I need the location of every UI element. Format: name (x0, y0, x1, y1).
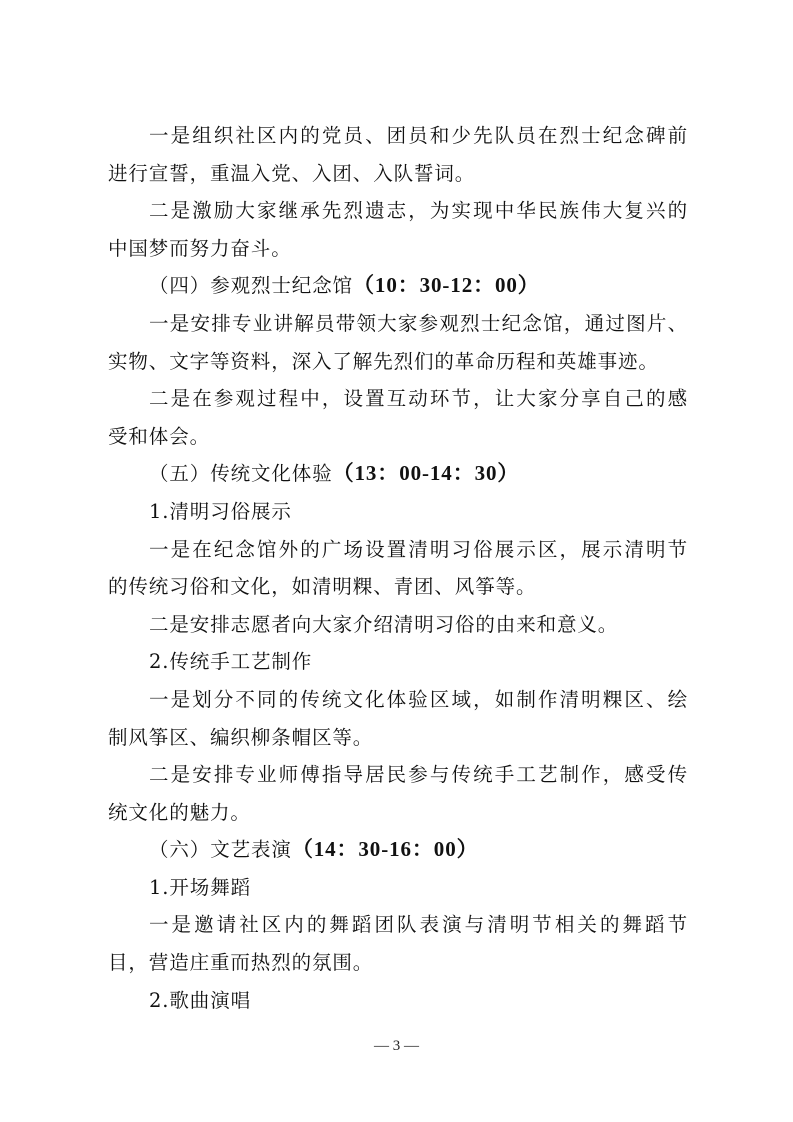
paragraph-line: 目，营造庄重而热烈的氛围。 (108, 944, 688, 982)
paragraph-line: 统文化的魅力。 (108, 794, 688, 832)
paragraph-line: 二是安排专业师傅指导居民参与传统手工艺制作，感受传 (108, 756, 688, 794)
section-heading-time: （13：00-14：30） (333, 461, 520, 485)
section-heading: （四）参观烈士纪念馆（10：30-12：00） (108, 267, 688, 305)
subheading: 2.传统手工艺制作 (108, 643, 688, 681)
paragraph-line: 二是在参观过程中，设置互动环节，让大家分享自己的感 (108, 380, 688, 418)
paragraph-line: 制风筝区、编织柳条帽区等。 (108, 719, 688, 757)
section-heading-label: （四）参观烈士纪念馆 (149, 274, 353, 297)
page-number: — 3 — (0, 1038, 793, 1055)
paragraph-line: 一是在纪念馆外的广场设置清明习俗展示区，展示清明节 (108, 531, 688, 569)
paragraph-line: 受和体会。 (108, 418, 688, 456)
section-heading-time: （14：30-16：00） (292, 837, 479, 861)
paragraph-line: 中国梦而努力奋斗。 (108, 230, 688, 268)
paragraph-line: 一是安排专业讲解员带领大家参观烈士纪念馆，通过图片、 (108, 305, 688, 343)
paragraph-line: 二是安排志愿者向大家介绍清明习俗的由来和意义。 (108, 606, 688, 644)
paragraph-line: 一是组织社区内的党员、团员和少先队员在烈士纪念碑前 (108, 117, 688, 155)
subheading: 2.歌曲演唱 (108, 982, 688, 1020)
document-page: 一是组织社区内的党员、团员和少先队员在烈士纪念碑前 进行宣誓，重温入党、入团、入… (108, 117, 688, 1019)
paragraph-line: 进行宣誓，重温入党、入团、入队誓词。 (108, 155, 688, 193)
paragraph-line: 实物、文字等资料，深入了解先烈们的革命历程和英雄事迹。 (108, 343, 688, 381)
section-heading: （五）传统文化体验（13：00-14：30） (108, 455, 688, 493)
subheading: 1.清明习俗展示 (108, 493, 688, 531)
section-heading-label: （五）传统文化体验 (149, 462, 333, 485)
section-heading: （六）文艺表演（14：30-16：00） (108, 831, 688, 869)
section-heading-label: （六）文艺表演 (149, 838, 292, 861)
paragraph-line: 一是邀请社区内的舞蹈团队表演与清明节相关的舞蹈节 (108, 906, 688, 944)
paragraph-line: 一是划分不同的传统文化体验区域，如制作清明粿区、绘 (108, 681, 688, 719)
paragraph-line: 的传统习俗和文化，如清明粿、青团、风筝等。 (108, 568, 688, 606)
section-heading-time: （10：30-12：00） (353, 273, 540, 297)
subheading: 1.开场舞蹈 (108, 869, 688, 907)
paragraph-line: 二是激励大家继承先烈遗志，为实现中华民族伟大复兴的 (108, 192, 688, 230)
